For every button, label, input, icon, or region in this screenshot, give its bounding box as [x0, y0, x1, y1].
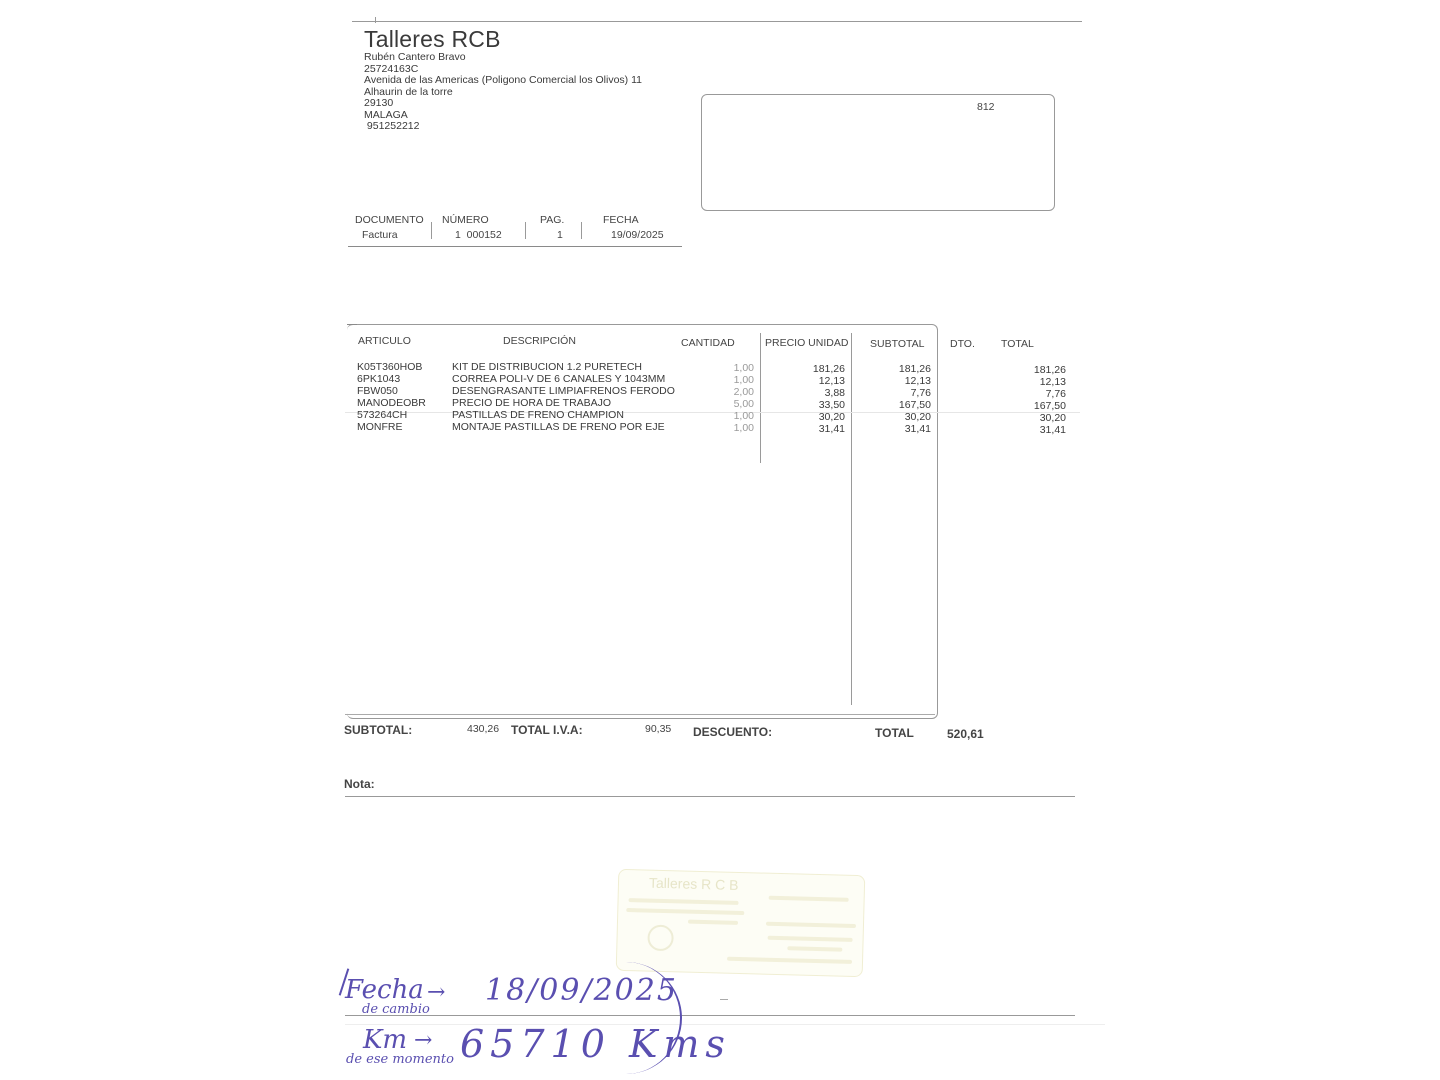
- totals-rule: [345, 714, 935, 715]
- hw-fecha-label: Fecha: [345, 975, 424, 1005]
- cell-articulo: 6PK1043: [357, 373, 400, 385]
- table-top-left: [347, 324, 357, 325]
- cell-total: 7,76: [986, 388, 1066, 400]
- company-owner: Rubén Cantero Bravo: [364, 52, 642, 64]
- cell-subtotal: 30,20: [851, 411, 931, 423]
- subtotal-label: SUBTOTAL:: [344, 723, 412, 737]
- nota-label: Nota:: [344, 777, 375, 791]
- top-rule: [352, 21, 1082, 22]
- header-cantidad: CANTIDAD: [681, 337, 735, 349]
- cell-precio: 30,20: [765, 411, 845, 423]
- cell-precio: 33,50: [765, 399, 845, 411]
- cell-articulo: FBW050: [357, 385, 398, 397]
- hw-km-value: 65710 Kms: [460, 1022, 731, 1066]
- cell-total: 30,20: [986, 412, 1066, 424]
- cell-subtotal: 31,41: [851, 423, 931, 435]
- cell-subtotal: 181,26: [851, 363, 931, 375]
- hw-arrow-icon: →: [427, 980, 445, 1005]
- hw-km-label: Km: [363, 1025, 407, 1055]
- numero-value: 1 000152: [455, 229, 502, 241]
- cell-articulo: 573264CH: [357, 409, 407, 421]
- pag-label: PAG.: [540, 214, 564, 226]
- pag-value: 1: [557, 229, 563, 241]
- cell-precio: 12,13: [765, 375, 845, 387]
- hw-fecha-sublabel: de cambio: [362, 1002, 430, 1017]
- cell-subtotal: 7,76: [851, 387, 931, 399]
- company-address: Avenida de las Americas (Poligono Comerc…: [364, 75, 642, 87]
- header-dto: DTO.: [950, 338, 975, 350]
- top-tick: [375, 17, 376, 23]
- header-articulo: ARTICULO: [358, 335, 411, 347]
- nota-rule: [345, 796, 1075, 797]
- company-phone: 951252212: [364, 121, 642, 133]
- company-stamp: Talleres R C B: [616, 869, 866, 977]
- cell-total: 181,26: [986, 364, 1066, 376]
- header-descripcion: DESCRIPCIÓN: [503, 335, 576, 347]
- cell-total: 12,13: [986, 376, 1066, 388]
- documento-value: Factura: [362, 229, 398, 241]
- cell-descripcion: PRECIO DE HORA DE TRABAJO: [452, 397, 611, 409]
- header-total: TOTAL: [1001, 338, 1034, 350]
- cell-total: 31,41: [986, 424, 1066, 436]
- client-address-box: [701, 94, 1055, 211]
- company-postal-code: 29130: [364, 98, 642, 110]
- cell-cantidad: 2,00: [674, 386, 754, 398]
- descuento-label: DESCUENTO:: [693, 725, 772, 739]
- cell-articulo: K05T360HOB: [357, 361, 422, 373]
- cell-subtotal: 167,50: [851, 399, 931, 411]
- cell-precio: 181,26: [765, 363, 845, 375]
- client-code: 812: [977, 101, 995, 113]
- stamp-title: Talleres R C B: [649, 875, 739, 893]
- cell-articulo: MONFRE: [357, 421, 403, 433]
- total-label: TOTAL: [875, 726, 914, 740]
- cell-total: 167,50: [986, 400, 1066, 412]
- cell-cantidad: 5,00: [674, 398, 754, 410]
- cell-precio: 31,41: [765, 423, 845, 435]
- cell-descripcion: CORREA POLI-V DE 6 CANALES Y 1043MM: [452, 373, 665, 385]
- fecha-value: 19/09/2025: [611, 229, 664, 241]
- cantidad-divider: [760, 333, 761, 463]
- total-value: 520,61: [947, 727, 984, 741]
- meta-divider: [525, 222, 526, 239]
- company-details: Rubén Cantero Bravo 25724163C Avenida de…: [364, 52, 642, 133]
- cell-descripcion: MONTAJE PASTILLAS DE FRENO POR EJE: [452, 421, 665, 433]
- meta-divider: [581, 222, 582, 239]
- cell-descripcion: DESENGRASANTE LIMPIAFRENOS FERODO: [452, 385, 675, 397]
- header-subtotal: SUBTOTAL: [870, 338, 924, 350]
- header-precio-unidad: PRECIO UNIDAD: [765, 337, 848, 349]
- stamp-emblem-icon: [647, 925, 674, 952]
- company-name: Talleres RCB: [364, 26, 501, 53]
- small-dash: [720, 999, 728, 1000]
- fecha-label: FECHA: [603, 214, 639, 226]
- cell-articulo: MANODEOBR: [357, 397, 426, 409]
- bottom-rule: [345, 1015, 1075, 1016]
- iva-label: TOTAL I.V.A:: [511, 723, 583, 737]
- meta-divider: [431, 222, 432, 239]
- cell-cantidad: 1,00: [674, 410, 754, 422]
- meta-underline: [348, 246, 682, 247]
- cell-precio: 3,88: [765, 387, 845, 399]
- cell-descripcion: KIT DE DISTRIBUCION 1.2 PURETECH: [452, 361, 642, 373]
- company-city: Alhaurin de la torre: [364, 87, 642, 99]
- cell-cantidad: 1,00: [674, 362, 754, 374]
- hw-arrow-icon: →: [414, 1028, 432, 1053]
- subtotal-value: 430,26: [467, 723, 499, 735]
- cell-subtotal: 12,13: [851, 375, 931, 387]
- hw-km-sublabel: de ese momento: [346, 1052, 454, 1067]
- iva-value: 90,35: [645, 723, 671, 735]
- documento-label: DOCUMENTO: [355, 214, 424, 226]
- cell-cantidad: 1,00: [674, 374, 754, 386]
- cell-cantidad: 1,00: [674, 422, 754, 434]
- cell-descripcion: PASTILLAS DE FRENO CHAMPION: [452, 409, 624, 421]
- numero-label: NÚMERO: [442, 214, 489, 226]
